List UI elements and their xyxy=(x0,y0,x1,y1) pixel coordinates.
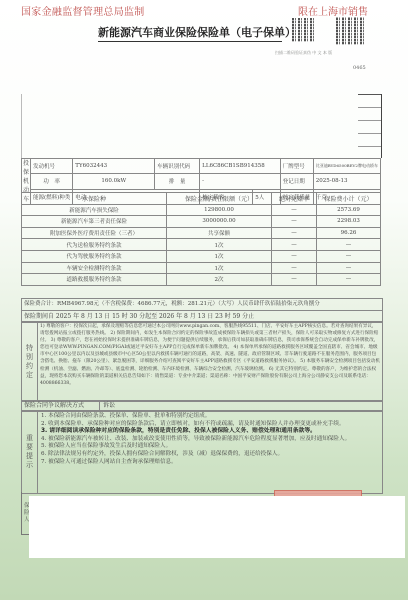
coverage-deductible: — xyxy=(272,239,317,251)
coverage-premium: 2573.69 xyxy=(317,204,381,216)
coverage-amount: 共享保额 xyxy=(167,227,272,239)
reg-date-label: 登记日期 xyxy=(280,174,313,189)
coverage-deductible: — xyxy=(272,274,317,286)
coverage-premium: 2298.03 xyxy=(317,216,381,228)
qr-caption: 扫描二维码验证真伪 中 文 本 版 xyxy=(275,50,332,56)
power-value: 160.0kW xyxy=(73,174,155,189)
coverage-deductible: — xyxy=(272,204,317,216)
engine-no-value: TY6032443 xyxy=(73,159,155,174)
engine-no-label: 发动机号 xyxy=(31,159,73,174)
model-label: 厂牌型号 xyxy=(280,159,313,174)
notice-list: 1. 本保险合同由保险条款、投保单、保险单、批单和特别约定组成。 2. 收到本保… xyxy=(38,411,382,493)
coverage-row: 新能源汽车损失保险 129800.00 — 2573.69 xyxy=(22,204,381,216)
coverage-premium: — xyxy=(317,274,381,286)
coverage-row: 车辆安全检测特约条款 1次 — — xyxy=(22,262,381,274)
displacement-value: - xyxy=(200,174,281,189)
coverage-deductible: — xyxy=(272,262,317,274)
displacement-label: 排 量 xyxy=(155,174,200,189)
coverage-row: 代为驾驶服务特约条款 1次 — — xyxy=(22,250,381,262)
coverage-header: 保险金额/责任限额（元） xyxy=(167,193,272,205)
coverage-deductible: — xyxy=(272,250,317,262)
coverage-row: 道路救援服务特约条款 2次 — — xyxy=(22,274,381,286)
notice-label: 重要提示 xyxy=(22,411,38,493)
coverage-deductible: — xyxy=(272,216,317,228)
coverage-premium: 96.26 xyxy=(317,227,381,239)
coverage-amount: 129800.00 xyxy=(167,204,272,216)
qr-code-icon xyxy=(292,18,316,42)
power-label: 功 率 xyxy=(31,174,73,189)
redaction-mask xyxy=(29,496,405,558)
vin-value: LL6C86CB1SB914358 xyxy=(200,159,281,174)
coverage-row: 代为送检服务特约条款 1次 — — xyxy=(22,239,381,251)
redacted-right-column xyxy=(358,94,382,158)
coverage-header: 保险费小计（元） xyxy=(317,193,381,205)
coverage-amount: 3000000.00 xyxy=(167,216,272,228)
coverage-name: 新能源汽车损失保险 xyxy=(22,204,167,216)
coverage-header: 承保险种 xyxy=(22,193,167,205)
reg-date-value: 2025-08-13 xyxy=(313,174,380,189)
qr-code-icon xyxy=(336,17,364,45)
coverage-amount: 1次 xyxy=(167,262,272,274)
coverage-row: 新能源汽车第三者责任保险 3000000.00 — 2298.03 xyxy=(22,216,381,228)
coverage-name: 道路救援服务特约条款 xyxy=(22,274,167,286)
notice-item: 1. 本保险合同由保险条款、投保单、保险单、批单和特别约定组成。 xyxy=(41,413,379,421)
special-terms-label: 特别约定 xyxy=(22,322,38,401)
notice-item-emphasis: 3. 请详细阅读承保险种对应的保险条款，特别是责任免除、投保人被保险人义务、赔偿… xyxy=(41,428,379,436)
model-value: 比亚迪BYD6500BEV2牌电动轿车 xyxy=(313,159,380,174)
regulator-label: 国家金融监督管理总局监制 xyxy=(21,3,145,18)
document-number: 0465 xyxy=(353,65,366,71)
coverage-name: 新能源汽车第三者责任保险 xyxy=(22,216,167,228)
notice-item: 5. 被保险人应当在保险事故发生后及时通知保险人。 xyxy=(41,443,379,451)
notice-item: 6. 除法律法规另有约定外，投保人拥有保险合同解除权，涉及（减）退保保费的，退还… xyxy=(41,451,379,459)
coverage-deductible: — xyxy=(272,227,317,239)
document-title: 新能源汽车商业保险保险单（电子保单） xyxy=(98,24,282,42)
redacted-left-border xyxy=(21,94,22,158)
sales-region-label: 限在上海市销售 xyxy=(298,3,368,18)
coverage-amount: 1次 xyxy=(167,239,272,251)
coverage-name: 代为送检服务特约条款 xyxy=(22,239,167,251)
coverage-row: 附加医保外医疗费用责任险（三者） 共享保额 — 96.26 xyxy=(22,227,381,239)
coverage-name: 车辆安全检测特约条款 xyxy=(22,262,167,274)
coverage-amount: 2次 xyxy=(167,274,272,286)
important-notice-section: 重要提示 1. 本保险合同由保险条款、投保单、保险单、批单和特别约定组成。 2.… xyxy=(21,410,383,494)
special-terms-section: 特别约定 1) 尊敬的客户：投保次日起，承保及理赔等信息您可通过本公司网页www… xyxy=(21,321,383,402)
coverage-premium: — xyxy=(317,262,381,274)
coverage-name: 代为驾驶服务特约条款 xyxy=(22,250,167,262)
coverage-amount: 1次 xyxy=(167,250,272,262)
notice-item: 7. 被保险人可通过保险人网站自主查询承保理赔信息。 xyxy=(41,459,379,467)
coverage-premium: — xyxy=(317,250,381,262)
coverage-name: 附加医保外医疗费用责任险（三者） xyxy=(22,227,167,239)
special-terms-text: 1) 尊敬的客户：投保次日起，承保及理赔等信息您可通过本公司网页www.ping… xyxy=(38,322,382,401)
coverage-premium: — xyxy=(317,239,381,251)
coverage-header: 绝对免赔率 xyxy=(272,193,317,205)
coverage-table: 承保险种 保险金额/责任限额（元） 绝对免赔率 保险费小计（元） 新能源汽车损失… xyxy=(21,192,381,286)
vin-label: 车辆识别代码 xyxy=(155,159,200,174)
